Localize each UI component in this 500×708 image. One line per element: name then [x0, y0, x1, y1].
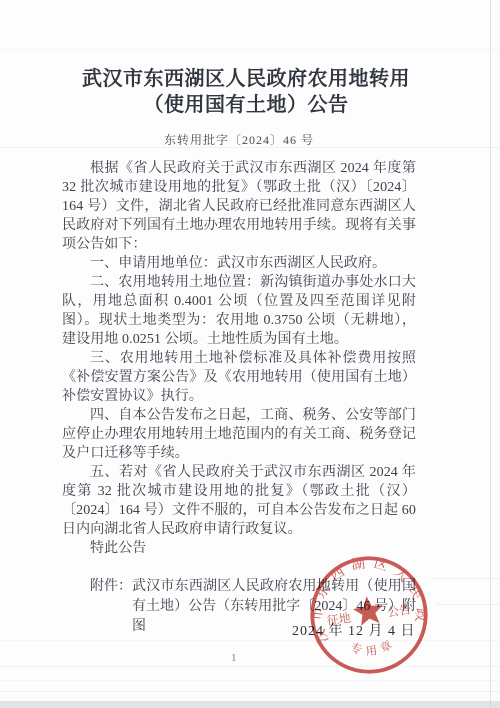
document-number: 东转用批字〔2024〕46 号	[62, 131, 416, 148]
body-paragraph: 四、自本公告发布之日起，工商、税务、公安等部门应停止办理农用地转用土地范围内的有…	[62, 406, 416, 463]
seal-ring-text: 武汉市东西湖区人民政府	[298, 544, 432, 648]
scan-artifact-line	[0, 691, 500, 692]
page-number: 1	[231, 652, 237, 664]
seal-bottom-text: 专用章	[347, 634, 400, 661]
title-line-1: 武汉市东西湖区人民政府农用地转用	[62, 66, 430, 92]
announcement-document-page: 武汉市东西湖区人民政府农用地转用 （使用国有土地）公告 东转用批字〔2024〕4…	[0, 0, 500, 708]
scan-artifact-line	[0, 680, 500, 681]
body-paragraph: 根据《省人民政府关于武汉市东西湖区 2024 年度第 32 批次城市建设用地的批…	[62, 159, 416, 254]
body-paragraph: 一、申请用地单位：武汉市东西湖区人民政府。	[62, 254, 416, 273]
seal-center-right-text: 公告	[386, 601, 412, 619]
seal-star-icon	[352, 594, 386, 626]
document-title: 武汉市东西湖区人民政府农用地转用 （使用国有土地）公告	[62, 66, 430, 118]
official-seal: 武汉市东西湖区人民政府 征地 公告 专用章	[298, 544, 440, 686]
attachment-label: 附件：	[90, 577, 132, 637]
document-body: 根据《省人民政府关于武汉市东西湖区 2024 年度第 32 批次城市建设用地的批…	[62, 159, 416, 558]
title-line-2: （使用国有土地）公告	[62, 92, 430, 118]
body-paragraph: 五、若对《省人民政府关于武汉市东西湖区 2024 年度第 32 批次城市建设用地…	[62, 463, 416, 539]
scan-bottom-shadow	[0, 701, 500, 708]
seal-center-left-text: 征地	[326, 610, 352, 628]
body-paragraph: 二、农用地转用土地位置：新沟镇街道办事处水口大队，用地总面积 0.4001 公顷…	[62, 273, 416, 349]
body-paragraph: 三、农用地转用土地补偿标准及具体补偿费用按照《补偿安置方案公告》及《农用地转用（…	[62, 349, 416, 406]
document-content: 武汉市东西湖区人民政府农用地转用 （使用国有土地）公告 东转用批字〔2024〕4…	[0, 0, 500, 637]
